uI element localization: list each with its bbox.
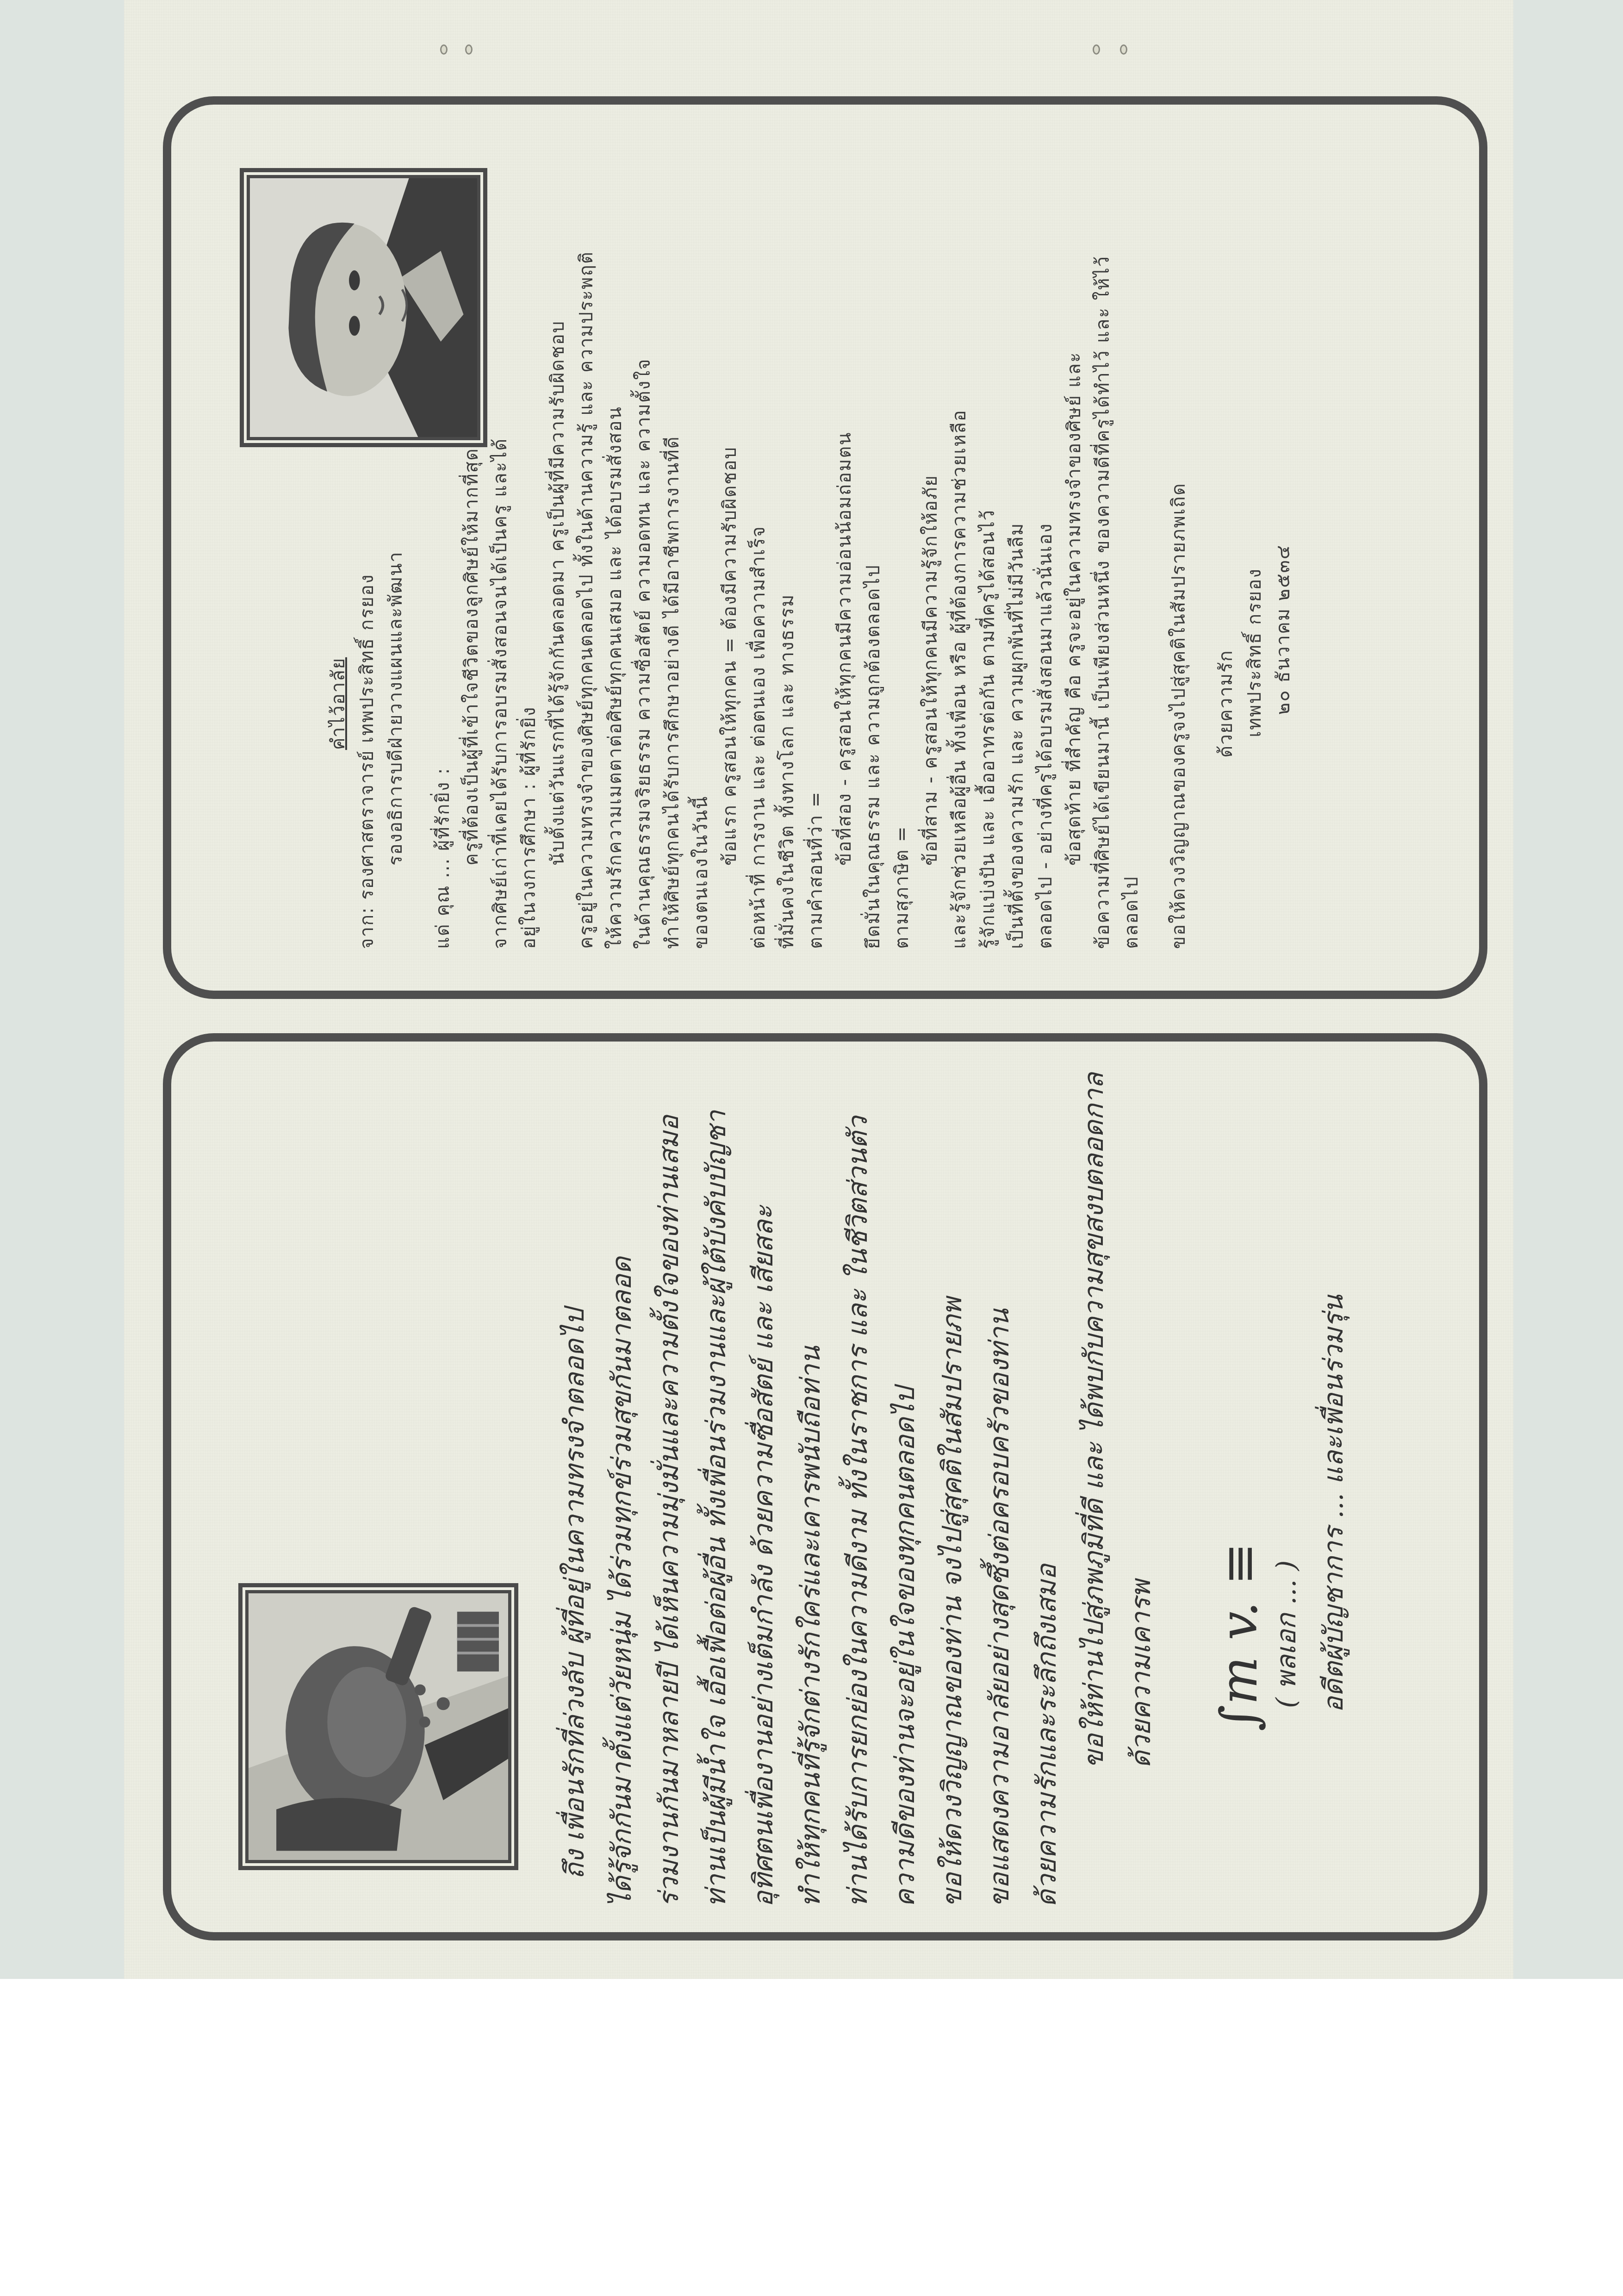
tribute-letter-text: คำไว้อาลัย จาก: รองศาสตราจารย์ เทพประสิท… — [324, 458, 1298, 949]
body-line: ตลอดไป — [1117, 458, 1146, 949]
handwritten-line: ร่วมงานกันมาหลายปี ได้เห็นความมุ่งมั่นแล… — [645, 1083, 692, 1907]
handwritten-line: ท่านเป็นผู้มีน้ำใจ เอื้อเฟื้อต่อผู้อื่น … — [692, 1083, 740, 1907]
portrait-photo-icon — [250, 178, 477, 437]
body-line: ครูอยู่ในความทรงจำของศิษย์ทุกคนตลอดไป ทั… — [572, 458, 601, 949]
signature-name: เทพประสิทธิ์ กรยอง — [1240, 458, 1269, 949]
binder-hole-icon — [1093, 44, 1100, 55]
body-line: ข้อความที่ศิษย์ได้เขียนมานี้ เป็นเพียงส่… — [1088, 458, 1117, 949]
handwritten-line: ด้วยความเคารพ — [1117, 1083, 1164, 1907]
body-line: และรู้จักช่วยเหลือผู้อื่น ทั้งเพื่อน หรื… — [945, 458, 974, 949]
handwritten-line: ความดีของท่านจะอยู่ในใจของทุกคนตลอดไป — [881, 1083, 928, 1907]
body-line: อยู่ในวงการศึกษา : ผู้ที่รักยิ่ง — [515, 458, 543, 949]
binder-hole-icon — [465, 44, 473, 55]
body-line: นับตั้งแต่วันแรกที่ได้รู้จักกันตลอดมา คร… — [543, 458, 572, 949]
body-line: ให้ความรักความเมตตาต่อศิษย์ทุกคนเสมอ และ… — [601, 458, 629, 949]
body-line: ครูที่ต้องเป็นผู้ที่เข้าใจชีวิตของลูกศิษ… — [457, 458, 486, 949]
handwritten-line: ขอแสดงความอาลัยอย่างสุดซึ้งต่อครอบครัวขอ… — [976, 1083, 1023, 1907]
body-line: ต่อหน้าที่ การงาน และ ต่อตนเอง เพื่อความ… — [744, 458, 773, 949]
signature-name: ( พลเอก ... ) — [1262, 1083, 1310, 1907]
portrait-photo — [247, 175, 480, 440]
uniform-photo-icon — [249, 1593, 508, 1860]
signature-mark: ∫m v. ≡ — [1215, 1083, 1262, 1907]
salutation: แด่ คุณ ... ผู้ที่รักยิ่ง : — [429, 458, 457, 949]
body-line: ที่มั่นคงในชีวิต ทั้งทางโลก และ ทางธรรม — [773, 458, 802, 949]
from-position: รองอธิการบดีฝ่ายวางแผนและพัฒนา — [381, 458, 410, 949]
body-line: ตามคำสอนที่ว่า = — [802, 458, 830, 949]
handwritten-line: ถึง เพื่อนรักที่ล่วงลับ ผู้ที่อยู่ในความ… — [551, 1083, 598, 1907]
handwritten-line: ได้รู้จักกันมาตั้งแต่วัยหนุ่ม ได้ร่วมทุก… — [598, 1083, 645, 1907]
body-line: ขอให้ดวงวิญญาณของครูจงไปสู่สุคติในสัมปรา… — [1164, 458, 1193, 949]
binder-hole-icon — [440, 44, 448, 55]
body-line: ข้อที่สาม - ครูสอนให้ทุกคนมีความรู้จักให… — [916, 458, 945, 949]
body-line: ข้อสุดท้าย ที่สำคัญ คือ ครูจะอยู่ในความท… — [1060, 458, 1088, 949]
body-line: ทำให้ศิษย์ทุกคนได้รับการศึกษาอย่างดี ได้… — [658, 458, 687, 949]
from-line: จาก: รองศาสตราจารย์ เทพประสิทธิ์ กรยอง — [353, 458, 381, 949]
body-line: ข้อที่สอง - ครูสอนให้ทุกคนมีความอ่อนน้อม… — [830, 458, 859, 949]
handwritten-line: ด้วยความรักและระลึกถึงเสมอ — [1023, 1083, 1070, 1907]
handwritten-line: ท่านได้รับการยกย่องในความดีงาม ทั้งในราช… — [834, 1083, 881, 1907]
handwritten-line: ขอให้ดวงวิญญาณของท่าน จงไปสู่สุคติในสัมป… — [928, 1083, 976, 1907]
body-line: ในด้านคุณธรรมจริยธรรม ความซื่อสัตย์ ความ… — [629, 458, 658, 949]
handwritten-line: ทำให้ทุกคนที่รู้จักต่างรักใคร่และเคารพนั… — [787, 1083, 834, 1907]
uniform-photo — [245, 1590, 511, 1863]
body-line: ของตนเองในวันนี้ — [687, 458, 715, 949]
uniform-photo-frame — [238, 1583, 518, 1870]
body-line: รู้จักแบ่งปัน และ เอื้ออาทรต่อกัน ตามที่… — [974, 458, 1002, 949]
handwritten-line: อุทิศตนเพื่องานอย่างเต็มกำลัง ด้วยความซื… — [740, 1083, 787, 1907]
body-line: จากศิษย์เก่าที่เคยได้รับการอบรมสั่งสอนจน… — [486, 458, 515, 949]
body-line: ยึดมั่นในคุณธรรม และ ความถูกต้องตลอดไป — [859, 458, 888, 949]
binder-hole-icon — [1120, 44, 1127, 55]
tribute-title: คำไว้อาลัย — [324, 458, 353, 949]
body-line: ตามสุภาษิต = — [888, 458, 916, 949]
letter-date: ๒๐ ธันวาคม ๒๕๓๔ — [1269, 458, 1298, 949]
handwritten-line: ขอให้ท่านไปสู่ภพภูมิที่ดี และ ได้พบกับคว… — [1070, 1083, 1117, 1907]
portrait-photo-frame — [240, 168, 487, 447]
signature-title: อดีตผู้บัญชาการ ... และเพื่อนร่วมรุ่น — [1310, 1083, 1357, 1907]
body-line: ตลอดไป - อย่างที่ครูได้อบรมสั่งสอนมาแล้ว… — [1031, 458, 1060, 949]
handwritten-letter: ถึง เพื่อนรักที่ล่วงลับ ผู้ที่อยู่ในความ… — [551, 1083, 1357, 1907]
closing: ด้วยความรัก — [1212, 458, 1240, 949]
body-line: ข้อแรก ครูสอนให้ทุกคน = ต้องมีความรับผิด… — [715, 458, 744, 949]
body-line: เป็นที่ตั้งของความรัก และ ความผูกพันที่ไ… — [1002, 458, 1031, 949]
